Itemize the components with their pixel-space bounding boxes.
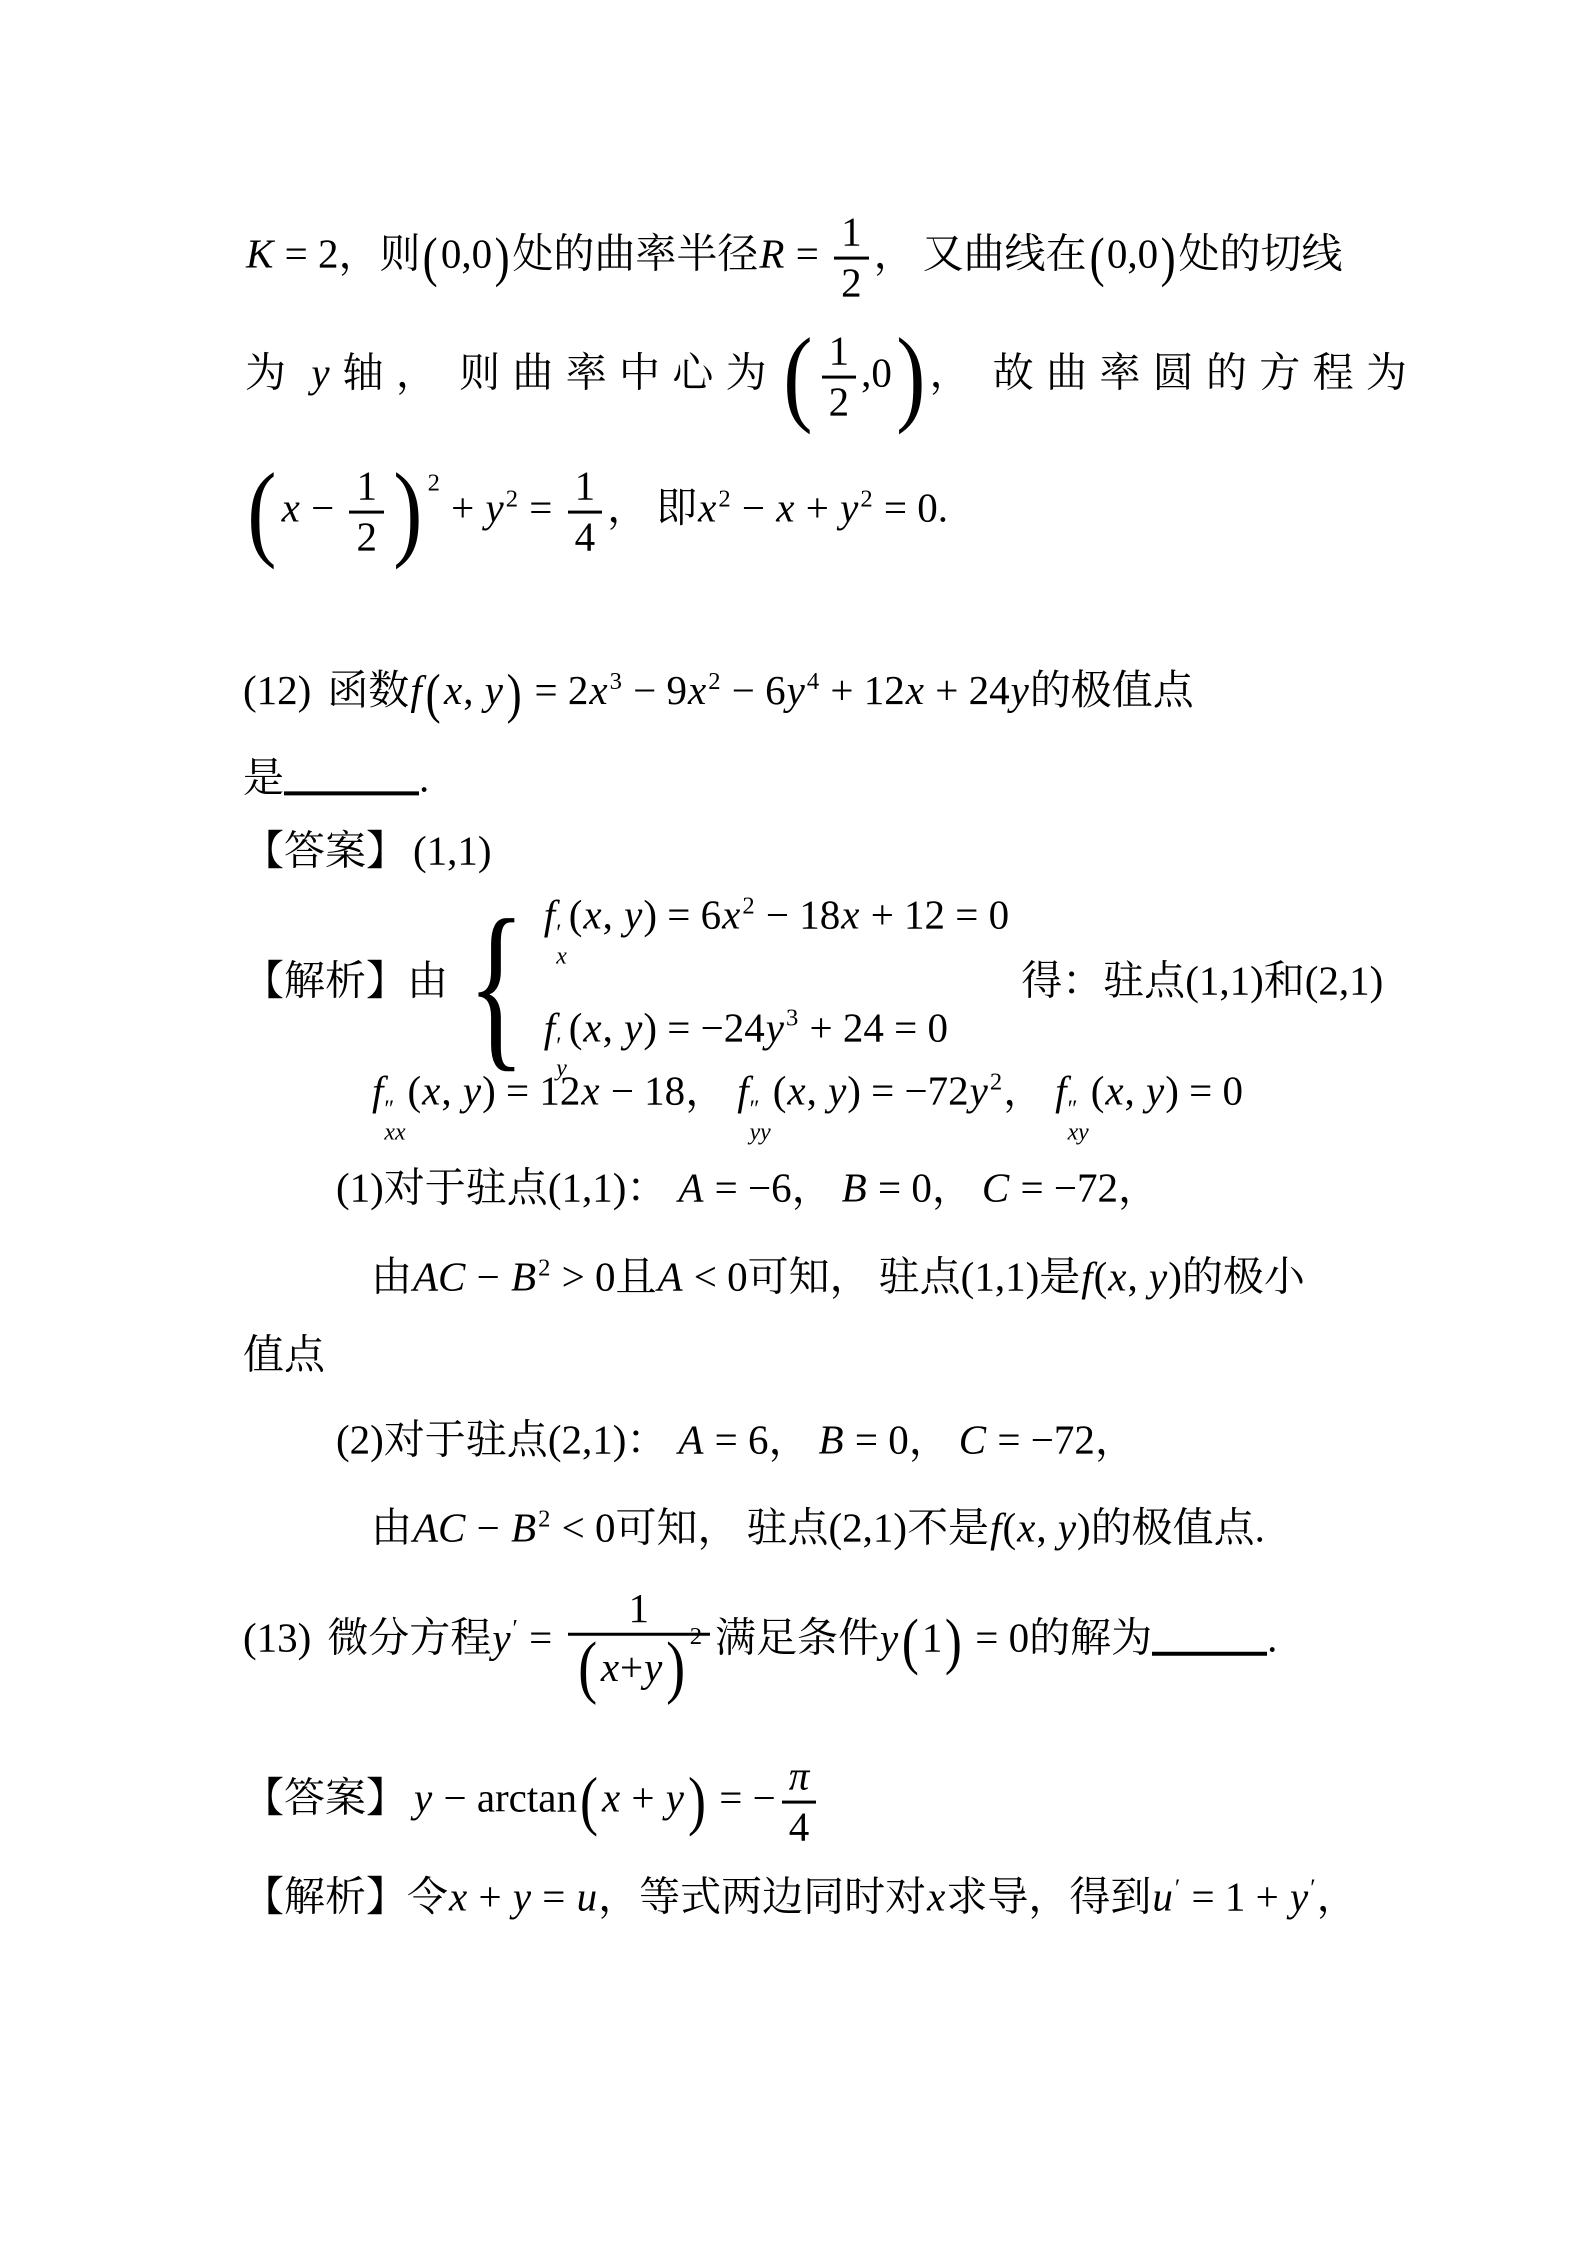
math-superscript: 2 bbox=[707, 668, 721, 695]
cjk-text: ： bbox=[626, 1416, 667, 1462]
math-variable: u bbox=[1151, 1873, 1174, 1919]
math-roman: = bbox=[519, 1614, 563, 1660]
math-variable: f bbox=[1054, 1068, 1067, 1114]
cjk-text: 对于驻点 bbox=[384, 1416, 548, 1462]
math-variable: y bbox=[827, 1068, 847, 1114]
cjk-text: 值点 bbox=[243, 1331, 325, 1377]
math-roman: + bbox=[795, 484, 839, 530]
math-roman: = −6 bbox=[704, 1164, 791, 1210]
math-roman: ) bbox=[1168, 1253, 1182, 1299]
math-variable: K bbox=[245, 230, 274, 276]
cjk-text: 【答案】 bbox=[243, 827, 407, 873]
math-fraction: 14 bbox=[568, 463, 603, 562]
math-variable: A bbox=[677, 1416, 704, 1462]
math-variable: y bbox=[310, 349, 330, 395]
prime-mark: ″ bbox=[1068, 1099, 1078, 1122]
math-variable: x bbox=[721, 891, 741, 937]
math-roman: ) = −72 bbox=[847, 1068, 968, 1114]
math-variable: π bbox=[788, 1754, 811, 1800]
q12-analysis-system: 【解析】由{f′x(x, y) = 6x2 − 18x + 12 = 0f′y(… bbox=[243, 889, 1383, 1080]
cjk-text: 求导，得到 bbox=[946, 1873, 1151, 1919]
math-roman: = 0. bbox=[874, 484, 948, 530]
stretched-paren: ) bbox=[688, 1773, 706, 1831]
math-fraction: π4 bbox=[781, 1753, 818, 1852]
stretched-paren: ( bbox=[425, 671, 440, 719]
math-roman: (1,1) bbox=[413, 827, 492, 873]
math-variable: u bbox=[576, 1873, 599, 1919]
math-roman: 1 bbox=[922, 1614, 943, 1660]
stretched-paren: ) bbox=[495, 234, 510, 282]
q13-analysis: 【解析】令x + y = u，等式两边同时对x求导，得到u′ = 1 + y′， bbox=[243, 1871, 1358, 1922]
math-superscript: 2 bbox=[427, 470, 441, 497]
math-variable: x bbox=[1104, 1068, 1124, 1114]
fraction-denominator: (x + y)2 bbox=[568, 1633, 710, 1700]
math-variable: f bbox=[543, 891, 556, 937]
math-variable: x bbox=[840, 891, 860, 937]
math-variable: f bbox=[543, 1004, 556, 1050]
math-roman: = 0 bbox=[845, 1416, 909, 1462]
math-variable: B bbox=[510, 1504, 537, 1550]
math-roman: = bbox=[519, 484, 563, 530]
cjk-text: 的极小 bbox=[1182, 1253, 1305, 1299]
math-roman: = −72 bbox=[1010, 1164, 1118, 1210]
math-superscript: 2 bbox=[741, 892, 755, 919]
math-superscript: 2 bbox=[689, 1623, 703, 1651]
math-roman: > 0 bbox=[551, 1253, 615, 1299]
math-superscript: ′ bbox=[512, 1615, 519, 1642]
math-roman: ( bbox=[773, 1068, 787, 1114]
math-roman: (13) bbox=[243, 1614, 311, 1660]
math-variable: y bbox=[839, 484, 859, 530]
prime-mark: ″ bbox=[750, 1099, 760, 1122]
math-roman: = 0 bbox=[868, 1164, 932, 1210]
cjk-text: ， bbox=[607, 484, 648, 530]
math-roman: = 0 bbox=[965, 1614, 1029, 1660]
math-variable: f bbox=[1080, 1253, 1093, 1299]
math-roman: 2 bbox=[356, 515, 377, 561]
equation-system: {f′x(x, y) = 6x2 − 18x + 12 = 0f′y(x, y)… bbox=[452, 889, 1009, 1080]
q13-problem-statement: (13)微分方程y′ = 1(x + y)2满足条件y(1) = 0的解为. bbox=[243, 1585, 1277, 1700]
math-superscript: 2 bbox=[859, 485, 873, 512]
math-roman: + 12 bbox=[820, 667, 905, 713]
math-variable: y bbox=[1010, 667, 1030, 713]
math-variable: y bbox=[623, 891, 643, 937]
q12-case1-values: (1)对于驻点(1,1)：A = −6，B = 0，C = −72， bbox=[336, 1162, 1159, 1213]
cjk-text: 由 bbox=[371, 1504, 412, 1550]
math-roman: (2,1) bbox=[1305, 957, 1384, 1003]
math-variable: B bbox=[510, 1253, 537, 1299]
cjk-text: 【答案】 bbox=[243, 1774, 407, 1820]
prime-mark: ′ bbox=[556, 1035, 561, 1058]
math-variable: x bbox=[926, 1873, 946, 1919]
math-roman: + bbox=[441, 484, 485, 530]
cjk-text: 处的切线 bbox=[1178, 230, 1342, 276]
stretched-paren: ( bbox=[1089, 234, 1104, 282]
math-variable: y bbox=[413, 1774, 433, 1820]
math-roman: (1,1) bbox=[548, 1164, 627, 1210]
math-variable: x bbox=[1107, 1253, 1127, 1299]
left-brace: { bbox=[468, 911, 526, 1059]
math-variable: x bbox=[582, 891, 602, 937]
math-roman: (2) bbox=[336, 1416, 384, 1462]
math-roman: 0,0 bbox=[1107, 230, 1158, 276]
math-roman: , bbox=[1125, 1068, 1146, 1114]
math-superscript: 2 bbox=[537, 1505, 551, 1532]
math-variable: x bbox=[601, 1774, 621, 1820]
math-roman: + 24 = 0 bbox=[799, 1004, 948, 1050]
cjk-text: ， bbox=[1317, 1873, 1358, 1919]
math-roman: 0,0 bbox=[441, 230, 492, 276]
math-variable: B bbox=[841, 1164, 868, 1210]
math-superscript: ′ bbox=[1174, 1874, 1181, 1901]
fraction-denominator: 2 bbox=[349, 511, 384, 562]
prime-subscript-stack: ′x bbox=[556, 923, 567, 968]
math-roman: , bbox=[603, 1004, 624, 1050]
document-page: K = 2，则(0,0)处的曲率半径R = 12，又曲线在(0,0)处的切线 为… bbox=[0, 0, 1587, 2245]
math-fraction: 12 bbox=[822, 328, 857, 427]
math-variable: x bbox=[588, 667, 608, 713]
math-variable: y bbox=[485, 484, 505, 530]
prime-mark: ″ bbox=[384, 1099, 394, 1122]
q12-problem-statement: (12)函数f(x, y) = 2x3 − 9x2 − 6y4 + 12x + … bbox=[243, 665, 1194, 719]
q12-case1-conclusion-cont: 值点 bbox=[243, 1329, 325, 1380]
math-roman: (2,1) bbox=[829, 1504, 908, 1550]
math-variable: y bbox=[1289, 1873, 1309, 1919]
math-roman: , bbox=[807, 1068, 828, 1114]
math-fraction: 12 bbox=[834, 209, 869, 308]
prime-subscript-stack: ″yy bbox=[750, 1099, 771, 1144]
math-roman: < 0 bbox=[551, 1504, 615, 1550]
stretched-paren: ) bbox=[507, 671, 522, 719]
cjk-text: 和 bbox=[1264, 957, 1305, 1003]
math-roman: = 2 bbox=[524, 667, 588, 713]
cjk-text: ， bbox=[685, 1068, 726, 1114]
subscript-letter: yy bbox=[750, 1122, 771, 1145]
math-roman: 1 bbox=[829, 329, 850, 375]
cjk-text: 轴， bbox=[343, 349, 450, 395]
cjk-text: 驻点 bbox=[879, 1253, 961, 1299]
math-roman: = − bbox=[709, 1774, 776, 1820]
math-variable: f bbox=[409, 667, 422, 713]
stretched-paren: ( bbox=[902, 1615, 919, 1670]
fraction-numerator: 1 bbox=[822, 328, 857, 376]
cjk-text: 的极值点. bbox=[1091, 1504, 1265, 1550]
fraction-denominator: 4 bbox=[782, 1801, 817, 1852]
cjk-text: ， bbox=[1095, 1416, 1136, 1462]
cjk-text: 不是 bbox=[907, 1504, 989, 1550]
math-variable: y bbox=[623, 1004, 643, 1050]
subscript-letter: xx bbox=[384, 1122, 405, 1145]
math-roman: ) = 0 bbox=[1165, 1068, 1243, 1114]
math-roman: ) bbox=[1077, 1504, 1091, 1550]
fraction-denominator: 2 bbox=[822, 376, 857, 427]
math-variable: A bbox=[657, 1253, 684, 1299]
fraction-denominator: 2 bbox=[834, 257, 869, 308]
fraction-numerator: 1 bbox=[622, 1585, 657, 1633]
cjk-text: 由 bbox=[371, 1253, 412, 1299]
math-roman: 1 bbox=[356, 464, 377, 510]
math-roman: < 0 bbox=[684, 1253, 748, 1299]
math-roman: 4 bbox=[575, 515, 596, 561]
math-variable: R bbox=[758, 230, 785, 276]
cjk-text: 可知， bbox=[616, 1504, 739, 1550]
math-roman: − arctan bbox=[433, 1774, 577, 1820]
cjk-text: 处的曲率半径 bbox=[512, 230, 758, 276]
cjk-text: ，等式两边同时对 bbox=[598, 1873, 926, 1919]
math-roman: (1,1) bbox=[1185, 957, 1264, 1003]
math-roman: − bbox=[466, 1504, 510, 1550]
cjk-text: 则曲率中心为 bbox=[459, 349, 779, 395]
cjk-text: 【解析】令 bbox=[243, 1873, 448, 1919]
math-roman: ( bbox=[1094, 1253, 1108, 1299]
math-roman: − 18 bbox=[756, 891, 841, 937]
math-variable: A bbox=[677, 1164, 704, 1210]
cjk-text: 微分方程 bbox=[327, 1614, 491, 1660]
prime-subscript-stack: ″xx bbox=[384, 1099, 405, 1144]
cjk-text: 的解为 bbox=[1029, 1614, 1152, 1660]
math-variable: x bbox=[775, 484, 795, 530]
cjk-text: ， bbox=[909, 1416, 950, 1462]
math-variable: y bbox=[462, 1068, 482, 1114]
math-variable: f bbox=[989, 1504, 1002, 1550]
cjk-text: 且 bbox=[616, 1253, 657, 1299]
line-curvature-radius: K = 2，则(0,0)处的曲率半径R = 12，又曲线在(0,0)处的切线 bbox=[245, 209, 1342, 308]
math-roman: . bbox=[419, 754, 429, 800]
math-superscript: 2 bbox=[717, 485, 731, 512]
cjk-text: 对于驻点 bbox=[384, 1164, 548, 1210]
math-roman: , bbox=[1036, 1504, 1057, 1550]
math-variable: y bbox=[786, 667, 806, 713]
math-variable: y bbox=[484, 667, 504, 713]
cjk-text: ： bbox=[626, 1164, 667, 1210]
stretched-paren: ( bbox=[423, 234, 438, 282]
cjk-text: 得：驻点 bbox=[1021, 957, 1185, 1003]
cjk-text: 满足条件 bbox=[715, 1614, 879, 1660]
math-variable: y bbox=[512, 1873, 532, 1919]
prime-subscript-stack: ″xy bbox=[1068, 1099, 1089, 1144]
system-row: f′x(x, y) = 6x2 − 18x + 12 = 0 bbox=[543, 889, 1009, 968]
q12-case2-conclusion: 由AC − B2 < 0可知，驻点(2,1)不是f(x, y)的极值点. bbox=[371, 1502, 1265, 1553]
math-roman: + bbox=[621, 1774, 665, 1820]
math-superscript: 2 bbox=[989, 1068, 1003, 1095]
math-roman: , bbox=[463, 667, 484, 713]
stretched-paren: ) bbox=[896, 330, 925, 424]
math-variable: x bbox=[580, 1068, 600, 1114]
q12-answer: 【答案】(1,1) bbox=[243, 825, 492, 876]
math-variable: B bbox=[818, 1416, 845, 1462]
cjk-text: 可知， bbox=[748, 1253, 871, 1299]
cjk-text: 为 bbox=[245, 349, 298, 395]
math-variable: AC bbox=[412, 1253, 466, 1299]
cjk-text: ， bbox=[929, 349, 982, 395]
math-roman: ) = 12 bbox=[482, 1068, 580, 1114]
math-roman: − 6 bbox=[722, 667, 786, 713]
math-variable: x bbox=[687, 667, 707, 713]
q12-case2-values: (2)对于驻点(2,1)：A = 6，B = 0，C = −72， bbox=[336, 1414, 1136, 1465]
math-superscript: 3 bbox=[785, 1005, 799, 1032]
stretched-paren: ) bbox=[393, 465, 422, 559]
math-roman: ( bbox=[569, 891, 583, 937]
math-fraction: 12 bbox=[349, 463, 384, 562]
system-rows: f′x(x, y) = 6x2 − 18x + 12 = 0f′y(x, y) … bbox=[543, 889, 1009, 1080]
math-roman: (1,1) bbox=[961, 1253, 1040, 1299]
fraction-numerator: π bbox=[781, 1753, 818, 1801]
cjk-text: 函数 bbox=[327, 667, 409, 713]
math-variable: f bbox=[736, 1068, 749, 1114]
math-variable: y bbox=[643, 1645, 663, 1691]
cjk-text: ， bbox=[1118, 1164, 1159, 1210]
cjk-text: ， bbox=[932, 1164, 973, 1210]
math-roman: ( bbox=[408, 1068, 422, 1114]
math-superscript: 2 bbox=[505, 485, 519, 512]
math-variable: x bbox=[1016, 1504, 1036, 1550]
math-roman: (1) bbox=[336, 1164, 384, 1210]
stretched-paren: ( bbox=[578, 1637, 597, 1699]
math-variable: AC bbox=[412, 1504, 466, 1550]
q13-answer: 【答案】y − arctan(x + y) = −π4 bbox=[243, 1753, 822, 1852]
math-variable: y bbox=[1057, 1504, 1077, 1550]
math-roman: , bbox=[1128, 1253, 1149, 1299]
subscript-letter: x bbox=[556, 945, 567, 968]
math-roman: + bbox=[468, 1873, 512, 1919]
math-fraction: 1(x + y)2 bbox=[568, 1585, 710, 1700]
cjk-text: 【解析】由 bbox=[243, 957, 448, 1003]
math-variable: C bbox=[958, 1416, 987, 1462]
math-roman: = 2 bbox=[274, 230, 338, 276]
math-variable: y bbox=[491, 1614, 511, 1660]
math-roman: , bbox=[603, 891, 624, 937]
cjk-text: 是 bbox=[1039, 1253, 1080, 1299]
math-superscript: 2 bbox=[537, 1254, 551, 1281]
math-roman: = bbox=[785, 230, 829, 276]
math-roman: 4 bbox=[789, 1805, 810, 1851]
cjk-text: ， bbox=[1003, 1068, 1044, 1114]
stretched-paren: ( bbox=[580, 1773, 598, 1831]
math-variable: x bbox=[448, 1873, 468, 1919]
math-roman: 2 bbox=[829, 380, 850, 426]
cjk-text: 又曲线在 bbox=[923, 230, 1087, 276]
math-superscript: 4 bbox=[806, 668, 820, 695]
math-roman: − 18 bbox=[601, 1068, 686, 1114]
math-variable: y bbox=[969, 1068, 989, 1114]
math-roman: 1 bbox=[575, 464, 596, 510]
math-roman: = 6 bbox=[704, 1416, 768, 1462]
stretched-paren: ( bbox=[783, 330, 812, 424]
math-variable: x bbox=[697, 484, 717, 530]
stretched-paren: ) bbox=[666, 1637, 685, 1699]
math-roman: − bbox=[301, 484, 345, 530]
math-roman: + bbox=[620, 1645, 643, 1691]
fraction-numerator: 1 bbox=[568, 463, 603, 511]
math-variable: C bbox=[981, 1164, 1010, 1210]
math-roman: (12) bbox=[243, 667, 311, 713]
math-variable: x bbox=[421, 1068, 441, 1114]
cjk-text: ，则 bbox=[338, 230, 420, 276]
math-roman: − 9 bbox=[623, 667, 687, 713]
math-roman: ( bbox=[569, 1004, 583, 1050]
answer-blank bbox=[1152, 1615, 1267, 1656]
math-roman: − bbox=[732, 484, 776, 530]
math-variable: x bbox=[281, 484, 301, 530]
math-roman: 1 bbox=[629, 1586, 650, 1632]
math-variable: x bbox=[443, 667, 463, 713]
stretched-paren: ( bbox=[247, 465, 276, 559]
line-circle-equation: (x − 12)2 + y2 = 14，即x2 − x + y2 = 0. bbox=[243, 463, 948, 562]
math-superscript: ′ bbox=[1309, 1874, 1316, 1901]
cjk-text: 故曲率圆的方程为 bbox=[993, 349, 1419, 395]
math-variable: x bbox=[786, 1068, 806, 1114]
q12-answer-blank-line: 是. bbox=[243, 752, 429, 803]
fraction-numerator: 1 bbox=[349, 463, 384, 511]
line-curvature-center: 为y轴，则曲率中心为(12,0)，故曲率圆的方程为 bbox=[245, 328, 1419, 427]
fraction-numerator: 1 bbox=[834, 209, 869, 257]
math-roman: = bbox=[532, 1873, 576, 1919]
math-roman: 2 bbox=[841, 261, 862, 307]
math-roman: = 1 + bbox=[1181, 1873, 1289, 1919]
math-roman: = −72 bbox=[987, 1416, 1095, 1462]
math-roman: . bbox=[1267, 1614, 1277, 1660]
math-roman: 1 bbox=[841, 210, 862, 256]
math-roman: (2,1) bbox=[548, 1416, 627, 1462]
cjk-text: 驻点 bbox=[747, 1504, 829, 1550]
math-roman: ) = 6 bbox=[643, 891, 721, 937]
cjk-text: 的极值点 bbox=[1030, 667, 1194, 713]
math-variable: x bbox=[600, 1645, 620, 1691]
math-variable: y bbox=[765, 1004, 785, 1050]
answer-blank bbox=[284, 754, 419, 795]
math-variable: x bbox=[905, 667, 925, 713]
math-variable: y bbox=[1145, 1068, 1165, 1114]
math-variable: f bbox=[371, 1068, 384, 1114]
math-roman: ) = −24 bbox=[643, 1004, 764, 1050]
prime-mark: ′ bbox=[556, 923, 561, 946]
math-variable: y bbox=[665, 1774, 685, 1820]
math-superscript: 3 bbox=[609, 668, 623, 695]
cjk-text: ， bbox=[874, 230, 915, 276]
math-roman: ( bbox=[1002, 1504, 1016, 1550]
math-roman: − bbox=[466, 1253, 510, 1299]
math-variable: x bbox=[582, 1004, 602, 1050]
cjk-text: 是 bbox=[243, 754, 284, 800]
fraction-denominator: 4 bbox=[568, 511, 603, 562]
math-roman: + 24 bbox=[925, 667, 1010, 713]
cjk-text: 即 bbox=[656, 484, 697, 530]
cjk-text: ， bbox=[792, 1164, 833, 1210]
subscript-letter: xy bbox=[1068, 1122, 1089, 1145]
math-variable: y bbox=[879, 1614, 899, 1660]
math-roman: + 12 = 0 bbox=[860, 891, 1009, 937]
cjk-text: ， bbox=[769, 1416, 810, 1462]
math-roman: ,0 bbox=[861, 349, 892, 395]
stretched-paren: ) bbox=[1161, 234, 1176, 282]
stretched-paren: ) bbox=[945, 1615, 962, 1670]
q12-case1-conclusion: 由AC − B2 > 0且A < 0可知，驻点(1,1)是f(x, y)的极小 bbox=[371, 1251, 1305, 1302]
math-roman: , bbox=[441, 1068, 462, 1114]
math-variable: y bbox=[1148, 1253, 1168, 1299]
math-roman: ( bbox=[1091, 1068, 1105, 1114]
q12-second-derivatives: f″xx(x, y) = 12x − 18，f″yy(x, y) = −72y2… bbox=[371, 1066, 1243, 1145]
